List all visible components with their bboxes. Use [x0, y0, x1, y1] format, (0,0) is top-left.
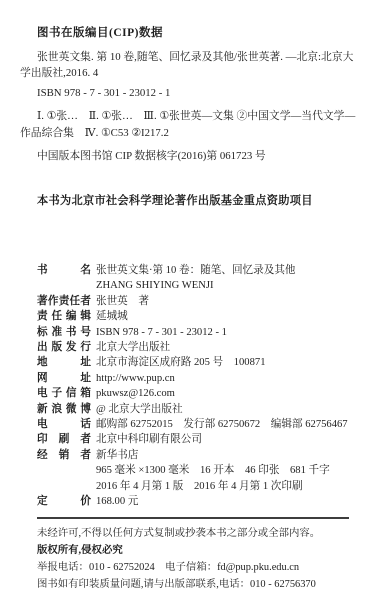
table-row-isbn: 标准书号 ISBN 978 - 7 - 301 - 23012 - 1	[20, 325, 357, 340]
divider-line	[37, 517, 349, 519]
row-label: 印刷者	[37, 432, 91, 447]
notice-report-contact-line: 举报电话：010 - 62752024 电子信箱：fd@pup.pku.edu.…	[37, 559, 357, 576]
table-row-format: 965 毫米 ×1300 毫米 16 开本 46 印张 681 千字	[20, 463, 357, 478]
row-value: 北京中科印刷有限公司	[96, 432, 202, 447]
table-row-website: 网址 http://www.pup.cn	[20, 371, 357, 386]
table-row-edition: 2016 年 4 月第 1 版 2016 年 4 月第 1 次印刷	[20, 479, 357, 494]
table-row-distributor: 经销者 新华书店	[20, 448, 357, 463]
row-value: 邮购部 62752015 发行部 62750672 编辑部 62756467	[96, 417, 348, 432]
cip-registry-number: 中国版本图书馆 CIP 数据核字(2016)第 061723 号	[37, 149, 357, 164]
table-row-book-title: 书名 张世英文集·第 10 卷：随笔、回忆录及其他	[20, 263, 357, 278]
row-label: 地址	[37, 355, 91, 370]
row-value: pkuwsz@126.com	[96, 386, 175, 401]
table-row-price: 定价 168.00 元	[20, 494, 357, 509]
row-value: 张世英文集·第 10 卷：随笔、回忆录及其他	[96, 263, 296, 278]
table-row-author: 著作责任者 张世英 著	[20, 294, 357, 309]
row-value: 2016 年 4 月第 1 版 2016 年 4 月第 1 次印刷	[96, 479, 303, 494]
funding-statement: 本书为北京市社会科学理论著作出版基金重点资助项目	[37, 192, 357, 208]
row-label: 网址	[37, 371, 91, 386]
row-value: 张世英 著	[96, 294, 149, 309]
table-row-pinyin-title: ZHANG SHIYING WENJI	[20, 278, 357, 293]
row-value: @ 北京大学出版社	[96, 402, 183, 417]
row-label: 责任编辑	[37, 309, 91, 324]
table-row-phone: 电话 邮购部 62752015 发行部 62750672 编辑部 6275646…	[20, 417, 357, 432]
row-value: http://www.pup.cn	[96, 371, 175, 386]
row-label: 著作责任者	[37, 294, 91, 309]
cip-record: 张世英文集. 第 10 卷,随笔、回忆录及其他/张世英著. —北京:北京大学出版…	[20, 49, 357, 81]
notice-quality-contact-line: 图书如有印装质量问题,请与出版部联系,电话：010 - 62756370	[37, 576, 357, 593]
row-value: 168.00 元	[96, 494, 138, 509]
table-row-weibo: 新浪微博 @ 北京大学出版社	[20, 402, 357, 417]
table-row-address: 地址 北京市海淀区成府路 205 号 100871	[20, 355, 357, 370]
row-label: 新浪微博	[37, 402, 91, 417]
row-label: 定价	[37, 494, 91, 509]
publication-info-table: 书名 张世英文集·第 10 卷：随笔、回忆录及其他 ZHANG SHIYING …	[20, 263, 357, 510]
cip-classification: Ⅰ. ①张… Ⅱ. ①张… Ⅲ. ①张世英—文集 ②中国文学—当代文学—作品综合…	[20, 108, 357, 141]
row-value: 965 毫米 ×1300 毫米 16 开本 46 印张 681 千字	[96, 463, 330, 478]
row-value: 延城城	[96, 309, 128, 324]
row-value: 北京大学出版社	[96, 340, 170, 355]
row-value: ZHANG SHIYING WENJI	[96, 278, 214, 293]
row-value: 新华书店	[96, 448, 138, 463]
copyright-page: 图书在版编目(CIP)数据 张世英文集. 第 10 卷,随笔、回忆录及其他/张世…	[0, 0, 375, 596]
notice-rights-reserved-line: 版权所有,侵权必究	[37, 542, 357, 559]
row-value: ISBN 978 - 7 - 301 - 23012 - 1	[96, 325, 227, 340]
row-label: 经销者	[37, 448, 91, 463]
table-row-email: 电子信箱 pkuwsz@126.com	[20, 386, 357, 401]
table-row-publisher: 出版发行 北京大学出版社	[20, 340, 357, 355]
table-row-printer: 印刷者 北京中科印刷有限公司	[20, 432, 357, 447]
row-label: 标准书号	[37, 325, 91, 340]
cip-section: 图书在版编目(CIP)数据 张世英文集. 第 10 卷,随笔、回忆录及其他/张世…	[20, 24, 357, 164]
cip-isbn: ISBN 978 - 7 - 301 - 23012 - 1	[37, 86, 357, 101]
row-label: 出版发行	[37, 340, 91, 355]
row-label: 电子信箱	[37, 386, 91, 401]
copyright-notice: 未经许可,不得以任何方式复制或抄袭本书之部分或全部内容。 版权所有,侵权必究 举…	[37, 525, 357, 594]
row-label: 书名	[37, 263, 91, 278]
cip-heading: 图书在版编目(CIP)数据	[37, 24, 357, 40]
notice-no-copy-line: 未经许可,不得以任何方式复制或抄袭本书之部分或全部内容。	[37, 525, 357, 542]
table-row-editor: 责任编辑 延城城	[20, 309, 357, 324]
row-value: 北京市海淀区成府路 205 号 100871	[96, 355, 266, 370]
row-label: 电话	[37, 417, 91, 432]
